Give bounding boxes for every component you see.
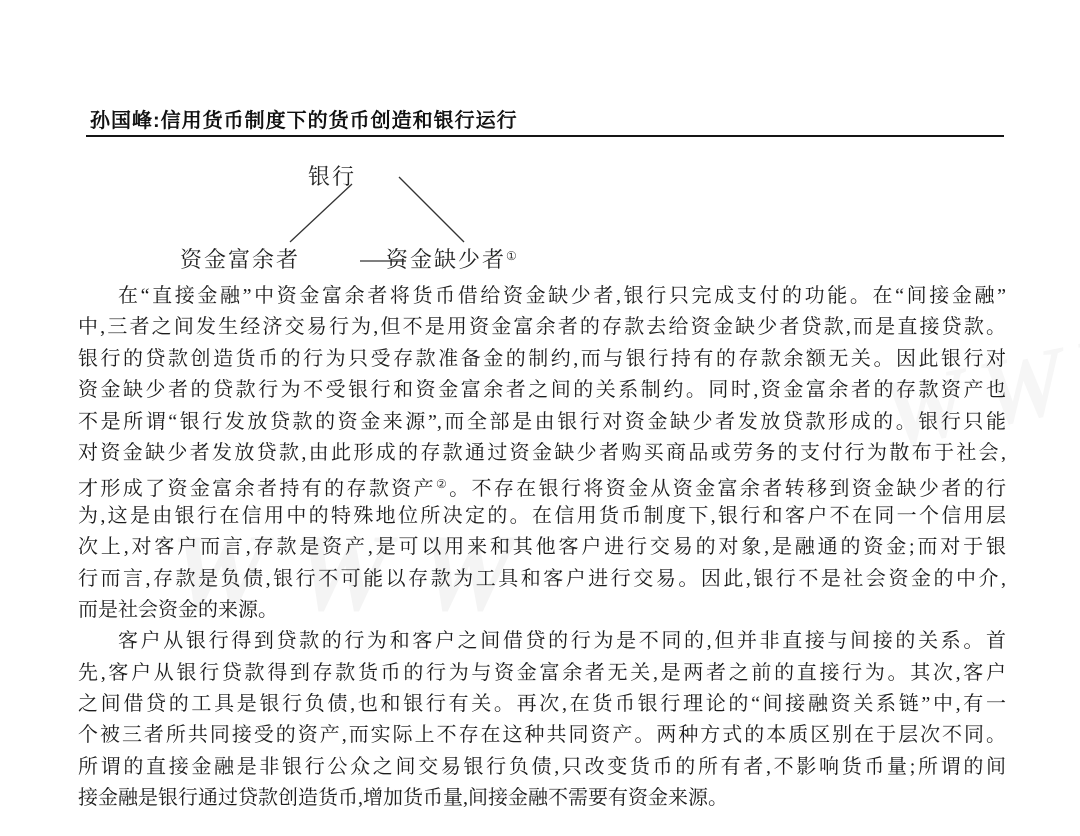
- body-line: 而是社会资金的来源。: [78, 595, 1006, 626]
- body-line: 在“直接金融”中资金富余者将货币借给资金缺少者,银行只完成支付的功能。在“间接金…: [78, 281, 1006, 312]
- header-rule: [86, 135, 1004, 137]
- body-line: 次上,对客户而言,存款是资产,是可以用来和其他客户进行交易的对象,是融通的资金;…: [78, 532, 1006, 563]
- body-line: 客户从银行得到贷款的行为和客户之间借贷的行为是不同的,但并非直接与间接的关系。首: [78, 626, 1006, 657]
- body-line: 接金融是银行通过贷款创造货币,增加货币量,间接金融不需要有资金来源。: [78, 783, 1006, 814]
- diagram-line-left: [290, 184, 352, 242]
- diagram-line-right: [399, 177, 464, 242]
- body-line: 行而言,存款是负债,银行不可能以存款为工具和客户进行交易。因此,银行不是社会资金…: [78, 564, 1006, 595]
- body-line: 先,客户从银行贷款得到存款货币的行为与资金富余者无关,是两者之前的直接行为。其次…: [78, 658, 1006, 689]
- page-title: 孙国峰:信用货币制度下的货币创造和银行运行: [90, 104, 518, 133]
- diagram-node-fund-deficit-label: 资金缺少者: [386, 247, 506, 272]
- body-text: 在“直接金融”中资金富余者将货币借给资金缺少者,银行只完成支付的功能。在“间接金…: [78, 281, 1006, 815]
- body-line: 所谓的直接金融是非银行公众之间交易银行负债,只改变货币的所有者,不影响货币量;所…: [78, 752, 1006, 783]
- footnote-marker-2: ②: [436, 477, 449, 491]
- body-line: 资金缺少者的贷款行为不受银行和资金富余者之间的关系制约。同时,资金富余者的存款资…: [78, 375, 1006, 406]
- body-line: 不是所谓“银行发放贷款的资金来源”,而全部是由银行对资金缺少者发放贷款形成的。银…: [78, 407, 1006, 438]
- body-line: 对资金缺少者发放贷款,由此形成的存款通过资金缺少者购买商品或劳务的支付行为散布于…: [78, 438, 1006, 469]
- body-line: 之间借贷的工具是银行负债,也和银行有关。再次,在货币银行理论的“间接融资关系链”…: [78, 689, 1006, 720]
- body-line: 为,这是由银行在信用中的特殊地位所决定的。在信用货币制度下,银行和客户不在同一个…: [78, 501, 1006, 532]
- diagram-node-fund-deficit: 资金缺少者①: [386, 243, 517, 274]
- diagram-node-fund-surplus: 资金富余者: [180, 243, 300, 274]
- diagram-node-bank: 银行: [308, 160, 356, 191]
- body-line: 中,三者之间发生经济交易行为,但不是用资金富余者的存款去给资金缺少者贷款,而是直…: [78, 312, 1006, 343]
- body-line: 银行的贷款创造货币的行为只受存款准备金的制约,而与银行持有的存款余额无关。因此银…: [78, 344, 1006, 375]
- body-line: 个被三者所共同接受的资产,而实际上不存在这种共同资产。两种方式的本质区别在于层次…: [78, 720, 1006, 751]
- footnote-marker-1: ①: [506, 249, 517, 263]
- body-line: 才形成了资金富余者持有的存款资产②。不存在银行将资金从资金富余者转移到资金缺少者…: [78, 469, 1006, 500]
- document-page: WWW WWW 孙国峰:信用货币制度下的货币创造和银行运行 银行 资金富余者 资…: [0, 0, 1080, 836]
